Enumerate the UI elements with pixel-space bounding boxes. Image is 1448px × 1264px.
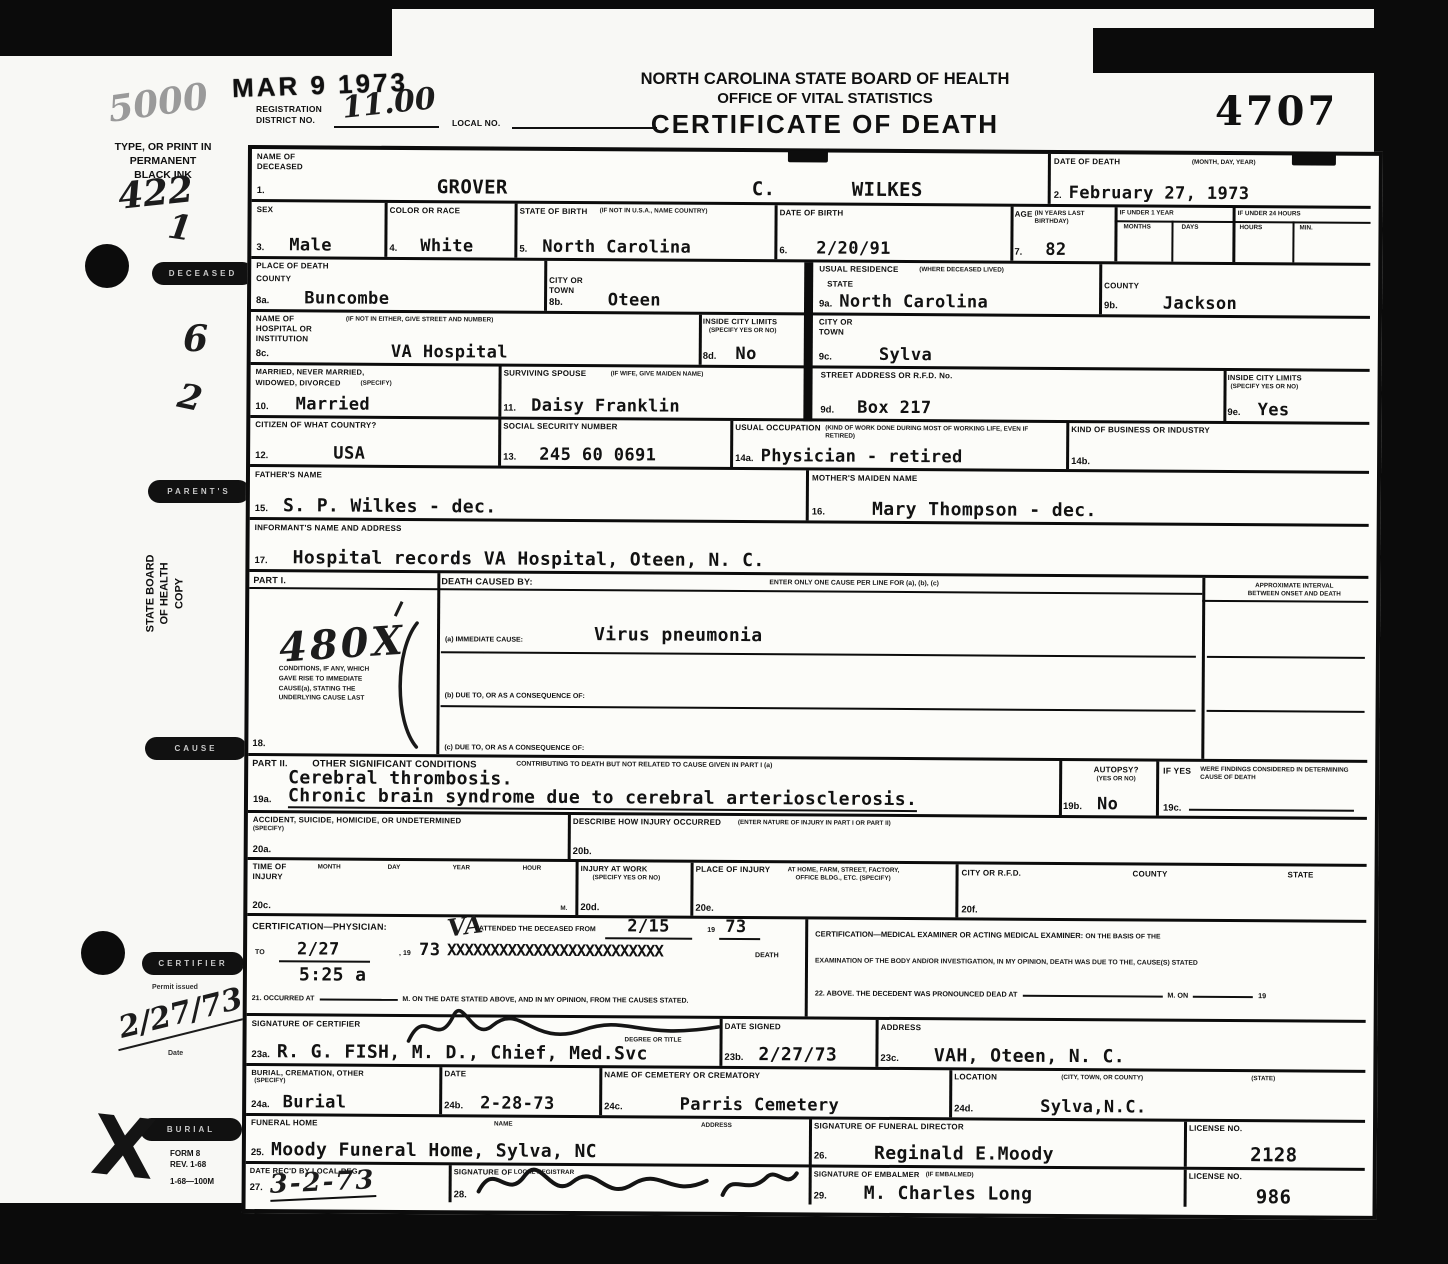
name-label: NAME OF [257,152,295,162]
deceased-last-name: WILKES [852,181,923,200]
item-20b: 20b. [573,846,592,857]
fd-license-label: LICENSE NO. [1189,1124,1242,1134]
row-funeral-home: FUNERAL HOME NAME ADDRESS 25.Moody Funer… [246,1116,1365,1171]
date-recd-value: 3-2-73 [269,1165,376,1202]
location-label: LOCATION [954,1072,997,1082]
pronounced-dead-label: 22. ABOVE. THE DECEDENT WAS PRONOUNCED D… [815,988,1018,999]
under24-label: IF UNDER 24 HOURS [1238,210,1301,218]
handwritten-2: 2 [174,376,205,420]
copy-line: OF HEALTH [158,528,172,658]
under24-min: MIN. [1299,224,1312,232]
margin-tab-certifier: CERTIFIER [142,952,244,975]
cert-physician-label: CERTIFICATION—PHYSICIAN: [252,921,387,933]
form-number-line: 1-68—100M [170,1176,214,1187]
part2-line2: Chronic brain syndrome due to cerebral a… [288,787,917,812]
registration-district-label2: DISTRICT NO. [256,115,315,125]
under1-months: MONTHS [1123,223,1150,231]
informant-label: INFORMANT'S NAME AND ADDRESS [255,523,402,533]
row-informant: INFORMANT'S NAME AND ADDRESS 17.Hospital… [249,520,1368,579]
row-name: NAME OF DECEASED 1. GROVER C. WILKES DAT… [252,149,1371,209]
icl9e-label: INSIDE CITY LIMITS [1228,373,1338,383]
row-injury-details: TIME OF INJURY MONTH DAY YEAR HOUR 20c.M… [247,860,1366,923]
item-14b: 14b. [1071,456,1090,467]
item-25: 25. [251,1147,264,1158]
pod-county-value: Buncombe [304,290,389,308]
row-registrar: DATE REC'D BY LOCAL REG. 27.3-2-73 SIGNA… [246,1164,1365,1208]
cert-me-line2: EXAMINATION OF THE BODY AND/OR INVESTIGA… [815,957,1360,969]
item-23c: 23c. [880,1053,899,1064]
funeral-home-addr-sub: ADDRESS [701,1122,732,1130]
item-20c: 20c. [252,900,271,911]
margin-tab-deceased: DECEASED [152,262,254,285]
dob-label: DATE OF BIRTH [780,208,844,218]
grid-line [1171,221,1173,262]
injury-state-label: STATE [1288,870,1314,880]
part1-heading: PART I. [253,575,286,586]
attended-to-year: 73 [419,942,440,959]
row-parents: FATHER'S NAME 15.S. P. Wilkes - dec. MOT… [250,467,1369,527]
certifier-sig-label: SIGNATURE OF CERTIFIER [252,1019,361,1029]
interval-rule-a [1207,656,1365,659]
item-20d: 20d. [580,902,599,913]
scan-edge-top-right [1093,28,1377,73]
row-demographics: SEX 3.Male COLOR OR RACE 4.White STATE O… [251,202,1370,266]
cemetery-value: Parris Cemetery [680,1097,840,1115]
handwritten-6: 6 [183,318,208,360]
part1-label: DEATH CAUSED BY: [441,576,532,587]
grid-line [252,149,1051,204]
date-of-death-label: DATE OF DEATH [1054,157,1120,167]
occupation-value: Physician - retired [761,448,963,466]
under1-label: IF UNDER 1 YEAR [1120,209,1174,217]
at-work-label: INJURY AT WORK [581,864,686,874]
part2-heading: PART II. [252,758,288,769]
location-sub2: (STATE) [1251,1075,1275,1083]
to-label: TO [255,948,265,957]
occupation-label: USUAL OCCUPATION [735,423,820,433]
row-part2: PART II. OTHER SIGNIFICANT CONDITIONS CO… [248,756,1367,820]
item-8b: 8b. [549,297,563,308]
interval-header: APPROXIMATE INTERVAL BETWEEN ONSET AND D… [1224,582,1364,599]
certificate-form: NAME OF DECEASED 1. GROVER C. WILKES DAT… [241,145,1383,1220]
sex-value: Male [289,237,332,254]
item-13: 13. [503,452,516,463]
birth-state-label: STATE OF BIRTH [520,207,588,217]
embalmer-sig-sub: (IF EMBALMED) [926,1171,974,1179]
spouse-sub: (IF WIFE, GIVE MAIDEN NAME) [611,370,704,378]
icl9e-value: Yes [1258,402,1290,419]
item-20e: 20e. [695,903,714,914]
form-number: FORM 8 REV. 1-68 1-68—100M [170,1148,214,1188]
spouse-label: SURVIVING SPOUSE [504,369,587,379]
form-number-line: FORM 8 [170,1148,214,1159]
father-value: S. P. Wilkes - dec. [283,497,497,516]
injury-city-label: CITY OR R.F.D. [962,868,1022,878]
handwritten-brace [388,621,423,749]
place-injury-sub2: OFFICE BLDG., ETC. (SPECIFY) [796,874,891,882]
margin-tab-cause: CAUSE [145,737,247,760]
citizen-label: CITIZEN OF WHAT COUNTRY? [255,420,376,430]
attended-to-value: 2/27 [279,941,370,963]
place-injury-label: PLACE OF INJURY [696,865,771,875]
form-header: NORTH CAROLINA STATE BOARD OF HEALTH OFF… [630,70,1020,140]
pod-county-label: COUNTY [256,274,291,284]
race-label: COLOR OR RACE [390,206,461,216]
emb-license-label: LICENSE NO. [1189,1172,1242,1182]
res-state-label: STATE [827,280,853,290]
cert-address-value: VAH, Oteen, N. C. [934,1047,1125,1066]
marital-value: Married [296,396,371,413]
cert-me-line1: CERTIFICATION—MEDICAL EXAMINER OR ACTING… [815,929,1160,942]
location-value: Sylva,N.C. [1040,1099,1146,1117]
death-time-value: 5:25 a [299,966,367,984]
item-28: 28. [454,1189,467,1200]
item-6: 6. [779,245,787,256]
interval-rule-b [1207,710,1365,713]
page-title: CERTIFICATE OF DEATH [630,109,1020,140]
burial-date-label: DATE [444,1069,466,1079]
time-injury-year: YEAR [453,864,471,872]
cert-me-label: CERTIFICATION—MEDICAL EXAMINER OR ACTING… [815,929,1083,940]
date-signed-label: DATE SIGNED [725,1022,781,1032]
part2-note: CONTRIBUTING TO DEATH BUT NOT RELATED TO… [516,761,772,771]
icl8d-value: No [735,346,756,363]
item-19a: 19a. [253,794,272,805]
item-27: 27. [250,1182,263,1193]
row-burial: BURIAL, CREMATION, OTHER (SPECIFY) 24a.B… [246,1066,1365,1123]
handwritten-file-number: 5000 [106,75,211,131]
sex-label: SEX [257,205,274,215]
location-sub1: (CITY, TOWN, OR COUNTY) [1061,1074,1143,1082]
item-9a: 9a. [819,298,832,309]
mother-value: Mary Thompson - dec. [872,501,1097,520]
ifyes-label: IF YES [1163,766,1191,776]
item-26: 26. [814,1150,827,1161]
item-3: 3. [256,242,264,253]
ifyes-sub: WERE FINDINGS CONSIDERED IN DETERMINING … [1200,766,1360,783]
res-county-label: COUNTY [1104,281,1139,291]
funeral-home-name-sub: NAME [494,1121,513,1129]
margin-tab-parents: PARENT'S [148,480,250,503]
item-4: 4. [389,243,397,254]
item-24c: 24c. [604,1101,623,1112]
place-of-death-group: PLACE OF DEATH [256,261,328,271]
embalmer-sig-value: M. Charles Long [864,1185,1033,1204]
ink-instruction-line: TYPE, OR PRINT IN [88,140,238,154]
item-19c: 19c. [1163,803,1182,814]
residence-group-sub: (WHERE DECEASED LIVED) [919,266,1004,274]
permit-issued-label: Permit issued [152,984,198,993]
citizen-value: USA [333,446,365,463]
item-18: 18. [252,738,265,749]
time-injury-day: DAY [388,864,401,872]
birth-state-sub: (IF NOT IN U.S.A., NAME COUNTRY) [600,207,720,216]
item-29: 29. [814,1190,827,1201]
spouse-value: Daisy Franklin [531,398,680,416]
item-24a: 24a. [251,1099,270,1110]
cemetery-label: NAME OF CEMETERY OR CREMATORY [604,1070,760,1081]
res-county-value: Jackson [1163,296,1238,313]
fd-sig-label: SIGNATURE OF FUNERAL DIRECTOR [814,1121,964,1132]
street-value: Box 217 [857,400,932,417]
ink-smudge [788,150,828,162]
item-24b: 24b. [444,1100,463,1111]
age-value: 82 [1045,242,1066,259]
pronounced-blank [1022,985,1162,998]
hospital-value: VA Hospital [391,344,508,362]
occurred-at-label: 21. OCCURRED AT [252,994,315,1003]
item-1: 1. [257,185,265,196]
street-label: STREET ADDRESS OR R.F.D. No. [821,371,953,381]
conditions-note: CONDITIONS, IF ANY, WHICH GAVE RISE TO I… [279,664,389,704]
embalmer-sig-label: SIGNATURE OF EMBALMER [814,1169,920,1179]
pod-city-label: CITY OR [549,276,583,286]
form-number-line: REV. 1-68 [170,1159,214,1170]
under24-hours: HOURS [1239,224,1262,232]
grid-line [1202,600,1368,603]
res-city-label: CITY OR [819,317,853,327]
how-injury-label: DESCRIBE HOW INJURY OCCURRED [573,817,721,827]
funeral-home-label: FUNERAL HOME [251,1118,318,1128]
icl9e-sub: (SPECIFY YES OR NO) [1231,383,1331,391]
copy-designation: STATE BOARD OF HEALTH COPY [144,528,187,658]
autopsy-value: No [1097,796,1118,813]
accident-sub: (SPECIFY) [253,825,284,833]
age-sub: (IN YEARS LAST BIRTHDAY) [1035,210,1115,226]
item-24d: 24d. [954,1103,973,1114]
injury-county-label: COUNTY [1133,869,1168,879]
marital-sub: (SPECIFY) [361,380,392,388]
attended-from-value: 2/15 [605,918,692,940]
icl8d-label: INSIDE CITY LIMITS [703,317,803,327]
ssn-value: 245 60 0691 [539,447,656,465]
typed-strikeout: XXXXXXXXXXXXXXXXXXXXXXXXX [447,942,663,959]
ink-instruction-line: PERMANENT [88,154,238,168]
item-11: 11. [503,403,516,414]
org-line2: OFFICE OF VITAL STATISTICS [630,90,1020,109]
interval-header-line1: APPROXIMATE INTERVAL [1255,582,1333,589]
from-year-prefix: 19 [707,926,715,935]
burial-sub: (SPECIFY) [254,1077,285,1085]
hospital-label2: HOSPITAL OR [256,324,312,334]
race-value: White [420,238,473,255]
item-20f: 20f. [961,904,977,915]
occurred-at-blank [319,988,397,1000]
item-10: 10. [255,401,268,412]
how-injury-sub: (ENTER NATURE OF INJURY IN PART I OR PAR… [738,819,891,828]
registrar-signature [471,1153,801,1207]
scan-edge-top-left [0,0,392,56]
interval-header-line2: BETWEEN ONSET AND DEATH [1248,590,1341,598]
local-no-label: LOCAL NO. [452,118,500,128]
deceased-middle-name: C. [752,180,776,199]
ssn-label: SOCIAL SECURITY NUMBER [503,422,617,432]
item-17: 17. [254,555,267,566]
industry-label: KIND OF BUSINESS OR INDUSTRY [1071,425,1210,435]
item-9e: 9e. [1227,407,1240,418]
item-5: 5. [519,244,527,255]
punch-hole [81,931,125,975]
scanned-death-certificate: 5000 TYPE, OR PRINT IN PERMANENT BLACK I… [0,0,1448,1264]
copy-line: STATE BOARD [144,528,158,658]
item-7: 7. [1014,247,1022,258]
item-20a: 20a. [253,844,272,855]
item-8d: 8d. [703,351,717,362]
item-2: 2. [1054,190,1062,201]
residence-group: USUAL RESIDENCE [819,264,898,274]
item-23b: 23b. [724,1052,743,1063]
burial-value: Burial [283,1094,347,1111]
cause-a-label: (a) IMMEDIATE CAUSE: [445,635,523,645]
item-12: 12. [255,450,268,461]
time-injury-hour: HOUR [523,865,542,873]
accident-label: ACCIDENT, SUICIDE, HOMICIDE, OR UNDETERM… [253,815,462,826]
death-label: DEATH [755,951,779,960]
row-certifier-signature: SIGNATURE OF CERTIFIER DEGREE OR TITLE 2… [246,1016,1365,1073]
cause-b-label: (b) DUE TO, OR AS A CONSEQUENCE OF: [445,691,585,701]
time-injury-month: MONTH [318,863,341,871]
row-citizen: CITIZEN OF WHAT COUNTRY? 12.USA SOCIAL S… [250,418,1369,474]
time-injury-label2: INJURY [253,872,283,882]
marital-label: MARRIED, NEVER MARRIED, [256,367,365,377]
handwritten-1: 1 [165,207,194,250]
registration-district-label: REGISTRATION [256,104,322,114]
deceased-first-name: GROVER [437,178,508,197]
autopsy-label: AUTOPSY? [1081,765,1151,775]
item-9b: 9b. [1104,300,1118,311]
date-signed-value: 2/27/73 [758,1046,837,1064]
punch-hole [85,244,129,288]
time-injury-label: TIME OF [253,862,287,872]
registration-rule [334,126,439,128]
cause-a-value: Virus pneumonia [594,626,763,645]
res-city-label2: TOWN [819,327,844,337]
permit-date-label: Date [168,1050,183,1059]
birth-state-value: North Carolina [542,239,691,257]
org-line1: NORTH CAROLINA STATE BOARD OF HEALTH [630,70,1020,90]
dob-value: 2/20/91 [816,240,891,257]
certifier-value: R. G. FISH, M. D., Chief, Med.Svc [277,1043,648,1063]
occupation-sub: (KIND OF WORK DONE DURING MOST OF WORKIN… [825,425,1055,442]
item-9c: 9c. [819,351,832,362]
item-23a: 23a. [251,1049,270,1060]
cert-me-label-b: ON THE BASIS OF THE [1085,933,1160,940]
fd-license-value: 2128 [1250,1146,1297,1165]
part1-note: ENTER ONLY ONE CAUSE PER LINE FOR (a), (… [769,579,939,589]
at-work-sub: (SPECIFY YES OR NO) [593,874,661,882]
marital-label2: WIDOWED, DIVORCED [256,378,341,388]
emb-license-value: 986 [1256,1188,1292,1207]
fd-sig-value: Reginald E.Moody [874,1145,1054,1164]
autopsy-sub: (YES OR NO) [1086,775,1146,783]
item-19b: 19b. [1063,801,1082,812]
item-8a: 8a. [256,295,269,306]
certificate-number: 4707 [1215,92,1338,132]
ifyes-blank [1188,799,1353,812]
scan-edge-right [1374,0,1448,1264]
under1-days: DAYS [1181,224,1198,232]
attended-from-year: 73 [719,919,760,940]
heavy-divider [803,262,813,421]
cert-me-line3: 22. ABOVE. THE DECEDENT WAS PRONOUNCED D… [815,983,1266,1000]
date-blank [1193,986,1253,998]
attended-from-label: I ATTENDED THE DECEASED FROM [475,924,596,934]
row-part1: PART I. DEATH CAUSED BY: ENTER ONLY ONE … [248,572,1368,763]
name-label2: DECEASED [257,162,303,172]
copy-line: COPY [172,528,186,658]
informant-value: Hospital records VA Hospital, Oteen, N. … [293,549,765,570]
cause-c-label: (c) DUE TO, OR AS A CONSEQUENCE OF: [444,743,584,753]
m-on-label: M. ON [1167,991,1188,1000]
res-city-value: Sylva [879,347,932,364]
date-of-death-sub: (MONTH, DAY, YEAR) [1192,159,1256,167]
pod-city-value: Oteen [608,292,661,309]
cert-address-label: ADDRESS [881,1023,922,1033]
handwritten-x-mark: X [88,1105,159,1193]
ink-smudge [1292,153,1336,165]
item-8c: 8c. [256,348,269,359]
burial-date-value: 2-28-73 [480,1095,555,1112]
age-label: AGE [1015,210,1033,220]
to-year-prefix: , 19 [399,949,411,958]
mother-label: MOTHER'S MAIDEN NAME [812,473,918,483]
hospital-label: NAME OF [256,314,294,324]
item-16: 16. [812,506,825,517]
item-15: 15. [255,503,268,514]
year-19-label: 19 [1258,991,1266,1000]
grid-line [1292,221,1294,262]
date-of-death-value: February 27, 1973 [1069,185,1250,203]
father-label: FATHER'S NAME [255,470,322,480]
hospital-sub: (IF NOT IN EITHER, GIVE STREET AND NUMBE… [346,316,586,325]
res-state-value: North Carolina [839,294,988,312]
item-9d: 9d. [820,405,834,416]
time-injury-m: M. [560,905,567,913]
icl8d-sub: (SPECIFY YES OR NO) [709,327,799,335]
grid-line [436,573,1205,759]
item-14a: 14a. [735,453,754,464]
row-accident: ACCIDENT, SUICIDE, HOMICIDE, OR UNDETERM… [248,813,1367,867]
